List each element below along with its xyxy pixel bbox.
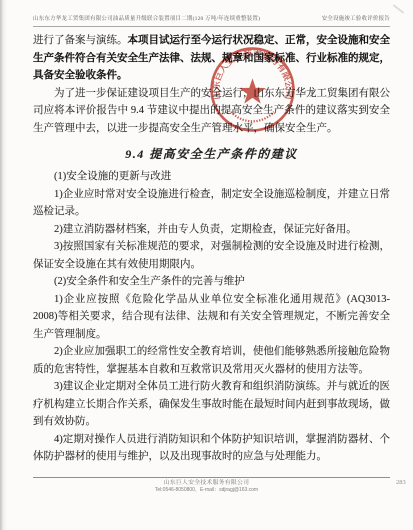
footer-divider	[33, 477, 390, 478]
paragraph-conclusion: 进行了备案与演练。本项目试运行至今运行状况稳定、正常，安全设施和安全生产条件符合…	[33, 32, 390, 85]
page-footer: 山东巨人安全技术服务有限公司 Tel:0546-8050800，E-mail：s…	[0, 480, 413, 494]
recommendation-item: 2)建立消防器材档案，并由专人负责，定期检查，保证完好备用。	[33, 221, 390, 239]
footer-contact-info: Tel:0546-8050800，E-mail：sdjragj@163.com	[0, 487, 413, 494]
document-body: 进行了备案与演练。本项目试运行至今运行状况稳定、正常，安全设施和安全生产条件符合…	[33, 32, 390, 466]
document-page: 山东东方华龙工贸集团有限公司油品质量升级联合装置项目二期(120 万吨/年连续重…	[0, 0, 413, 530]
footer-company-name: 山东巨人安全技术服务有限公司	[0, 480, 413, 487]
recommendation-item: (2)安全条件和安全生产条件的完善与维护	[33, 273, 390, 291]
recommendation-item: 2)企业应加强职工的经常性安全教育培训，使他们能够熟悉所接触危险物质的危害特性，…	[33, 343, 390, 378]
conclusion-lead-text: 进行了备案与演练。	[33, 35, 128, 46]
recommendation-item: 3)建议企业定期对全体员工进行防火教育和组织消防演练。并与就近的医疗机构建立长期…	[33, 378, 390, 431]
recommendation-item: 1)企业应按照《危险化学品从业单位安全标准化通用规范》(AQ3013-2008)…	[33, 291, 390, 344]
section-heading-9-4: 9.4 提高安全生产条件的建议	[33, 144, 390, 164]
scan-artifact	[393, 4, 404, 14]
header-project-title: 山东东方华龙工贸集团有限公司油品质量升级联合装置项目二期(120 万吨/年连续重…	[33, 16, 260, 23]
recommendation-item: (1)安全设施的更新与改进	[33, 168, 390, 186]
recommendation-item: 1)企业应时常对安全设施进行检查，制定安全设施巡检制度，并建立日常巡检记录。	[33, 186, 390, 221]
header-report-title: 安全设施竣工验收评价报告	[322, 16, 390, 23]
page-header: 山东东方华龙工贸集团有限公司油品质量升级联合装置项目二期(120 万吨/年连续重…	[33, 16, 390, 27]
page-number: 283	[396, 479, 406, 486]
recommendation-item: 4)定期对操作人员进行消防知识和个体防护知识培训，掌握消防器材、个体防护器材的使…	[33, 431, 390, 466]
paragraph-recommendation-intro: 为了进一步保证建设项目生产的安全运行，山东东方华龙工贸集团有限公司应将本评价报告…	[33, 85, 390, 138]
scan-edge-shadow	[0, 0, 7, 530]
recommendation-item: 3)按照国家有关标准规范的要求，对强制检测的安全设施及时进行检测，保证安全设施在…	[33, 238, 390, 273]
